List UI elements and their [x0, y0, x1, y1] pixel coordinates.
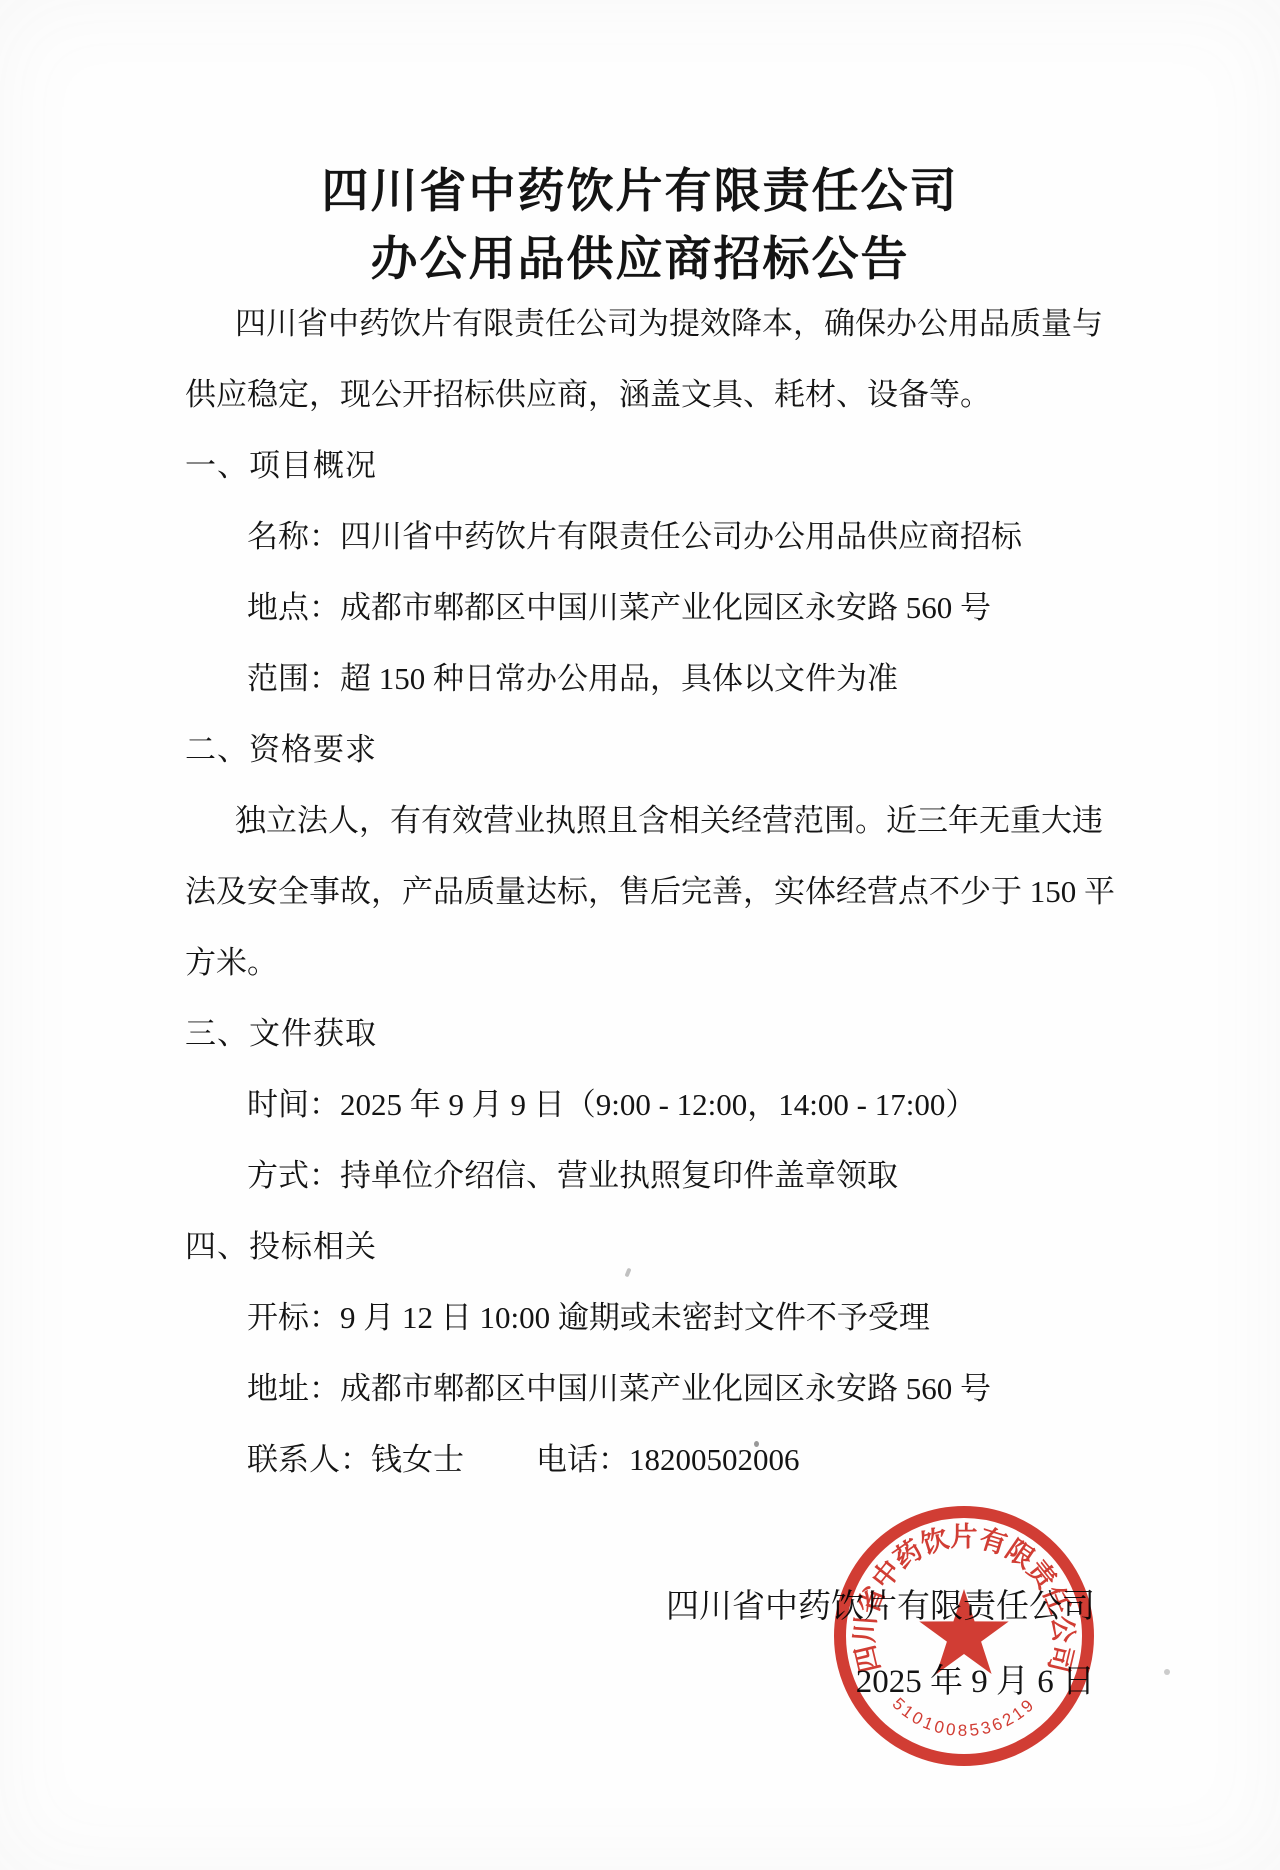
scan-artifact-dot	[754, 1441, 759, 1447]
document-title: 四川省中药饮片有限责任公司 办公用品供应商招标公告	[0, 158, 1280, 294]
intro-line-1: 四川省中药饮片有限责任公司为提效降本，确保办公用品质量与	[185, 288, 1095, 359]
contact-phone: 电话：18200502006	[536, 1442, 800, 1477]
section-2-line-2: 法及安全事故，产品质量达标，售后完善，实体经营点不少于 150 平	[185, 856, 1095, 927]
section-3-item-method: 方式：持单位介绍信、营业执照复印件盖章领取	[185, 1140, 1095, 1211]
section-1-item-name: 名称：四川省中药饮片有限责任公司办公用品供应商招标	[185, 501, 1095, 572]
title-line1: 四川省中药饮片有限责任公司	[0, 158, 1280, 226]
signature-block: 四川省中药饮片有限责任公司 2025 年 9 月 6 日	[666, 1570, 1095, 1720]
intro-line-2: 供应稳定，现公开招标供应商，涵盖文具、耗材、设备等。	[185, 359, 1095, 430]
scan-artifact-dot	[1164, 1669, 1170, 1675]
document-page: 四川省中药饮片有限责任公司 办公用品供应商招标公告 四川省中药饮片有限责任公司为…	[0, 0, 1280, 1870]
signature-company: 四川省中药饮片有限责任公司	[666, 1570, 1095, 1645]
section-3-item-time: 时间：2025 年 9 月 9 日（9:00 - 12:00，14:00 - 1…	[185, 1069, 1095, 1140]
section-1-heading: 一、项目概况	[185, 430, 1095, 501]
section-2-line-3: 方米。	[185, 927, 1095, 998]
section-1-item-location: 地点：成都市郫都区中国川菜产业化园区永安路 560 号	[185, 572, 1095, 643]
section-3-heading: 三、文件获取	[185, 998, 1095, 1069]
section-2-line-1: 独立法人，有有效营业执照且含相关经营范围。近三年无重大违	[185, 785, 1095, 856]
title-line2: 办公用品供应商招标公告	[0, 226, 1280, 294]
section-1-item-scope: 范围：超 150 种日常办公用品，具体以文件为准	[185, 643, 1095, 714]
contact-line: 联系人：钱女士电话：18200502006	[185, 1424, 1095, 1495]
signature-date: 2025 年 9 月 6 日	[666, 1645, 1095, 1720]
section-4-item-address: 地址：成都市郫都区中国川菜产业化园区永安路 560 号	[185, 1353, 1095, 1424]
section-4-heading: 四、投标相关	[185, 1211, 1095, 1282]
section-4-item-opening: 开标：9 月 12 日 10:00 逾期或未密封文件不予受理	[185, 1282, 1095, 1353]
section-2-heading: 二、资格要求	[185, 714, 1095, 785]
document-body: 四川省中药饮片有限责任公司为提效降本，确保办公用品质量与 供应稳定，现公开招标供…	[185, 288, 1095, 1495]
contact-person: 联系人：钱女士	[247, 1442, 464, 1477]
